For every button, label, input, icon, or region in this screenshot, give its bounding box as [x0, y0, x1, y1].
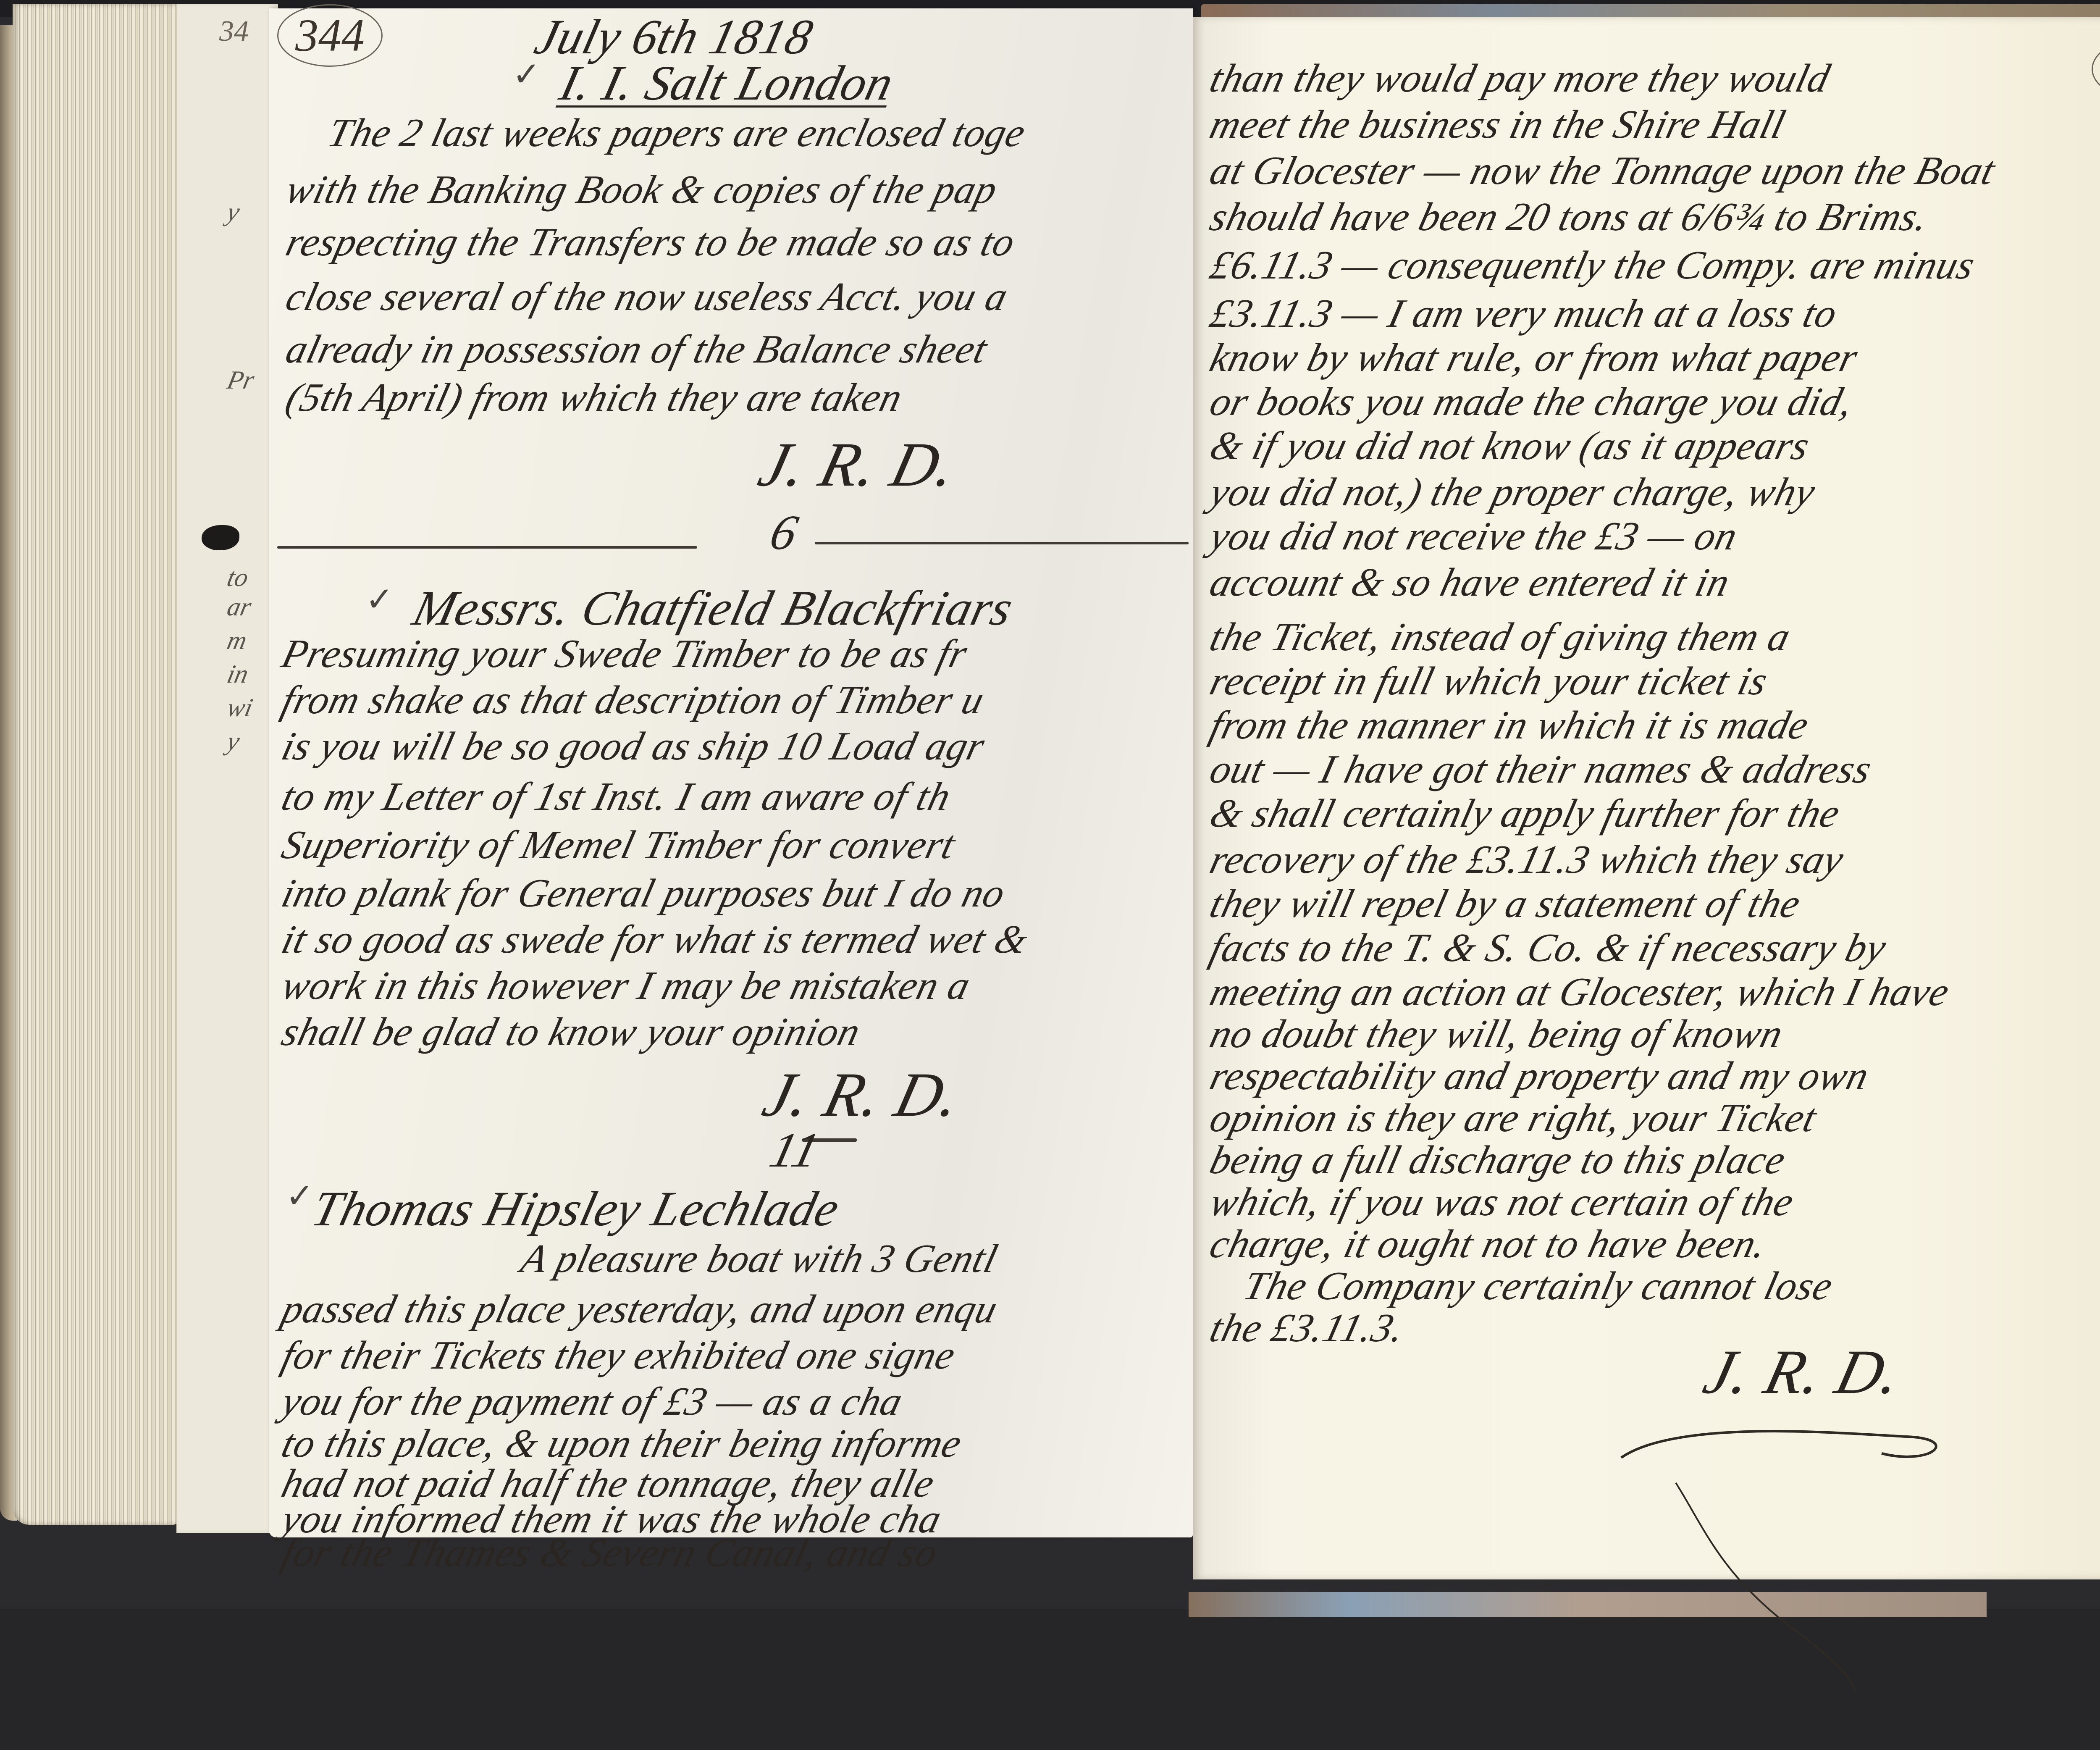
letter-2-line: into plank for General purposes but I do… [277, 870, 1010, 916]
page-number-right: 345 [2092, 38, 2100, 100]
letter-1-line: (5th April) from which they are taken [281, 374, 907, 420]
letter-3-line: passed this place yesterday, and upon en… [277, 1285, 1003, 1332]
letter-2-line: Superiority of Memel Timber for convert [277, 821, 960, 868]
right-line: know by what rule, or from what paper [1205, 334, 1863, 381]
right-line: from the manner in which it is made [1205, 702, 1814, 748]
right-line: being a full discharge to this place [1205, 1136, 1790, 1183]
right-line: receipt in full which your ticket is [1205, 657, 1772, 704]
section-rule [277, 546, 697, 549]
right-line: respectability and property and my own [1205, 1052, 1874, 1099]
letter-2-line: from shake as that description of Timber… [277, 676, 989, 723]
right-line: out — I have got their names & address [1205, 746, 1877, 792]
letter-2-date: 6 [764, 504, 804, 561]
right-line: & shall certainly apply further for the [1205, 790, 1845, 836]
right-line: facts to the T. & S. Co. & if necessary … [1205, 924, 1891, 971]
letter-1-line: The 2 last weeks papers are enclosed tog… [323, 109, 1030, 156]
letter-2-line: is you will be so good as ship 10 Load a… [277, 723, 990, 769]
right-line: no doubt they will, being of known [1205, 1010, 1788, 1057]
section-rule [815, 542, 1189, 544]
right-line: The Company certainly cannot lose [1239, 1262, 1838, 1309]
letter-1-line: close several of the now useless Acct. y… [281, 273, 1013, 320]
margin-fragment: wi [224, 693, 255, 723]
right-line: should have been 20 tons at 6/6¾ to Brim… [1205, 193, 1934, 240]
margin-fragment: ar [224, 592, 254, 622]
letter-2-signature: J. R. D. [756, 1059, 968, 1131]
margin-fragment: y [224, 727, 242, 757]
open-letter-book: 34 y Pr to ar m in wi y 344 ✓ July 6th 1… [0, 0, 2100, 1750]
checkmark-icon: ✓ [365, 580, 394, 619]
right-line: opinion is they are right, your Ticket [1205, 1094, 1822, 1141]
margin-fragment: y [224, 197, 242, 227]
ink-blot [202, 525, 239, 550]
letter-2-line: shall be glad to know your opinion [277, 1008, 865, 1055]
letter-1-line: respecting the Transfers to be made so a… [281, 218, 1020, 265]
right-page-sheet: 345 than they would pay more they would … [1193, 17, 2100, 1579]
letter-1-line: with the Banking Book & copies of the pa… [281, 166, 1002, 213]
margin-fragment: Pr [224, 365, 257, 395]
right-page-signature: J. R. D. [1697, 1336, 1909, 1408]
right-line: you did not receive the £3 — on [1205, 512, 1743, 559]
right-line: you did not,) the proper charge, why [1205, 468, 1820, 515]
right-line: account & so have entered it in [1205, 559, 1735, 605]
page-number-left: 344 [277, 4, 383, 67]
letter-2-line: it so good as swede for what is termed w… [277, 916, 1033, 962]
letter-2-line: work in this however I may be mistaken a [277, 962, 975, 1009]
checkmark-icon: ✓ [286, 1176, 314, 1216]
right-line: the £3.11.3. [1205, 1304, 1410, 1351]
right-line: meet the business in the Shire Hall [1205, 101, 1790, 147]
letter-1-line: already in possession of the Balance she… [281, 326, 992, 372]
margin-fragment: m [224, 626, 249, 656]
letter-3-line: A pleasure boat with 3 Gentl [517, 1235, 1003, 1282]
letter-3-addressee: Thomas Hipsley Lechlade [307, 1180, 845, 1238]
page-edges-stack [13, 4, 181, 1525]
signature-flourish-icon [1613, 1403, 1991, 1697]
right-line: £6.11.3 — consequently the Compy. are mi… [1205, 242, 1980, 288]
letter-3-line: for the Thames & Severn Canal, and so [277, 1529, 943, 1576]
right-line: the Ticket, instead of giving them a [1205, 613, 1795, 660]
right-line: at Glocester — now the Tonnage upon the … [1205, 147, 2000, 194]
right-line: charge, it ought not to have been. [1205, 1220, 1772, 1267]
margin-fragment: to [224, 563, 251, 593]
right-line: £3.11.3 — I am very much at a loss to [1205, 290, 1842, 336]
letter-3-line: you for the payment of £3 — as a cha [277, 1378, 908, 1424]
letter-3-line: for their Tickets they exhibited one sig… [277, 1332, 961, 1378]
underlying-page: 34 y Pr to ar m in wi y [176, 4, 278, 1533]
letter-1-addressee: I. I. Salt London [554, 55, 899, 112]
right-line: which, if you was not certain of the [1205, 1178, 1799, 1225]
right-line: & if you did not know (as it appears [1205, 422, 1814, 469]
letter-2-addressee: Messrs. Chatfield Blackfriars [407, 580, 1019, 637]
right-line: they will repel by a statement of the [1205, 880, 1806, 927]
left-page-sheet: 344 ✓ July 6th 1818 I. I. Salt London Th… [269, 8, 1193, 1537]
letter-1-signature: J. R. D. [752, 428, 964, 501]
right-line: than they would pay more they would [1205, 55, 1835, 101]
margin-fragment: in [224, 660, 251, 689]
right-line: or books you made the charge you did, [1205, 378, 1858, 425]
right-line: recovery of the £3.11.3 which they say [1205, 836, 1849, 883]
letter-2-line: Presuming your Swede Timber to be as fr [277, 630, 972, 677]
underlying-page-number: 34 [219, 15, 249, 48]
letter-2-line: to my Letter of 1st Inst. I am aware of … [277, 773, 955, 820]
right-line: meeting an action at Glocester, which I … [1205, 968, 1954, 1015]
